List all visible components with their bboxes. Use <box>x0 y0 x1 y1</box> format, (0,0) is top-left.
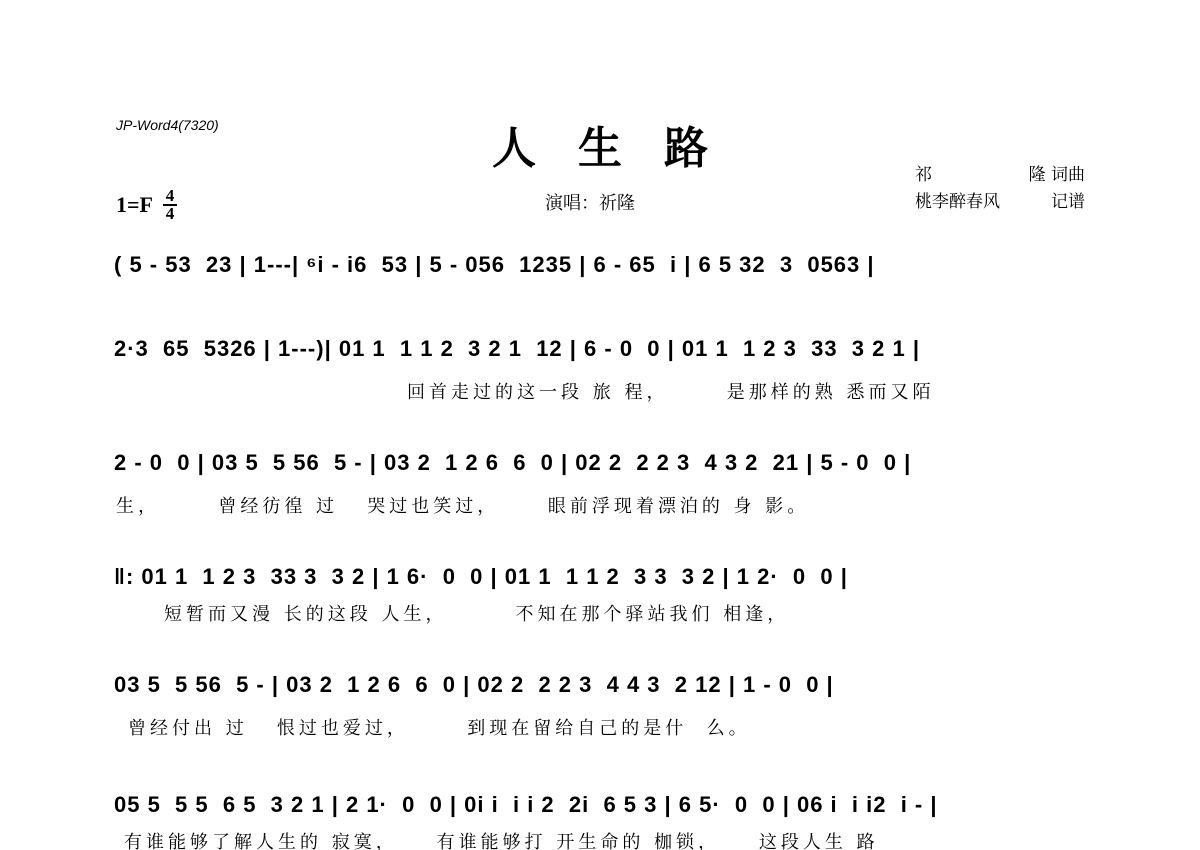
lyrics-line: 曾经付出 过 恨过也爱过， 到现在留给自己的是什 么。 <box>128 714 751 740</box>
score-row-6: 05 5 5 5 6 5 3 2 1 | 2 1· 0 0 | 0i i i i… <box>114 792 1090 850</box>
lyricist-role: 词曲 <box>1051 165 1085 185</box>
lyrics-line: 生， 曾经彷徨 过 哭过也笑过， 眼前浮现着漂泊的 身 影。 <box>116 492 809 518</box>
lyricist-composer-credit: 祁 隆 词曲 <box>915 162 1085 189</box>
score-row-2: 2·3 65 5326 | 1---)| 01 1 1 1 2 3 2 1 12… <box>114 336 1090 406</box>
notation-line: ‖: 01 1 1 2 3 33 3 3 2 | 1 6· 0 0 | 01 1… <box>114 564 848 590</box>
lyricist-name-2: 隆 <box>1029 165 1046 185</box>
notation-line: ( 5 - 53 23 | 1---| ⁶i - i6 53 | 5 - 056… <box>114 252 875 278</box>
key-signature: 1=F 4 4 <box>116 188 177 222</box>
time-signature-top: 4 <box>166 188 175 204</box>
notation-line: 05 5 5 5 6 5 3 2 1 | 2 1· 0 0 | 0i i i i… <box>114 792 938 818</box>
score-row-3: 2 - 0 0 | 03 5 5 56 5 - | 03 2 1 2 6 6 0… <box>114 450 1090 520</box>
notation-line: 03 5 5 56 5 - | 03 2 1 2 6 6 0 | 02 2 2 … <box>114 672 834 698</box>
transcriber-credit: 桃李醉春风 记谱 <box>915 189 1085 216</box>
key-label: 1=F <box>116 192 153 218</box>
transcriber-name: 桃李醉春风 <box>915 189 1000 216</box>
lyrics-line: 有谁能够了解人生的 寂寞， 有谁能够打 开生命的 枷锁， 这段人生 路 <box>124 828 879 850</box>
lyrics-line: 短暂而又漫 长的这段 人生， 不知在那个驿站我们 相逢， <box>164 600 789 626</box>
score-row-1: ( 5 - 53 23 | 1---| ⁶i - i6 53 | 5 - 056… <box>114 252 1090 292</box>
time-signature: 4 4 <box>163 188 177 222</box>
score-row-4: ‖: 01 1 1 2 3 33 3 3 2 | 1 6· 0 0 | 01 1… <box>114 564 1090 634</box>
notation-line: 2 - 0 0 | 03 5 5 56 5 - | 03 2 1 2 6 6 0… <box>114 450 911 476</box>
singer-credit: 演唱：祈隆 <box>545 189 635 215</box>
time-signature-bottom: 4 <box>166 206 175 222</box>
credits: 祁 隆 词曲 桃李醉春风 记谱 <box>915 162 1085 216</box>
notation-line: 2·3 65 5326 | 1---)| 01 1 1 1 2 3 2 1 12… <box>114 336 920 362</box>
lyricist-name-1: 祁 <box>915 162 932 189</box>
lyrics-line: 回首走过的这一段 旅 程， 是那样的熟 悉而又陌 <box>407 378 935 404</box>
transcriber-role: 记谱 <box>1051 189 1085 216</box>
score-row-5: 03 5 5 56 5 - | 03 2 1 2 6 6 0 | 02 2 2 … <box>114 672 1090 742</box>
